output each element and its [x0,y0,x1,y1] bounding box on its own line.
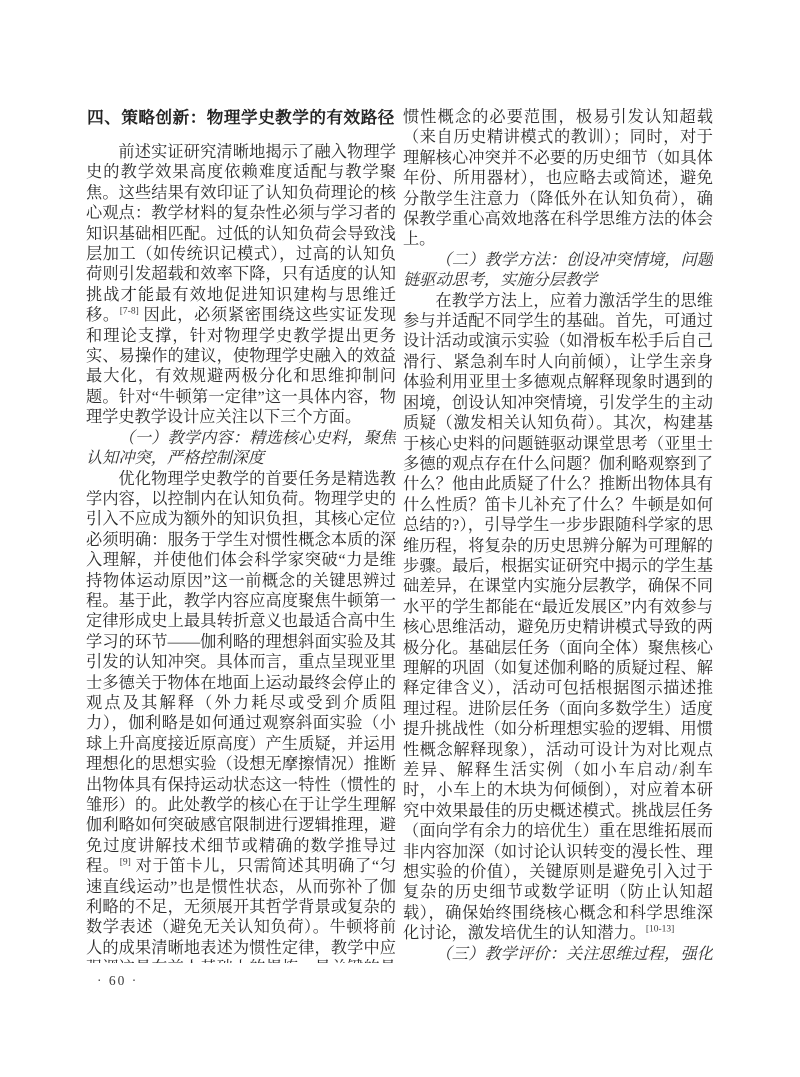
subsection-heading-1: （一）教学内容：精选核心史料，聚焦认知冲突，严格控制深度 [86,428,396,469]
citation-ref-9: [9] [120,858,131,868]
paragraph-text: 优化物理学史教学的首要任务是精选教学内容，以控制内在认知负荷。物理学史的引入不应… [86,470,396,876]
paragraph-text: 前述实证研究清晰地揭示了融入物理学史的教学效果高度依赖难度适配与教学聚焦。这些结… [86,143,396,324]
paragraph-continuation: 惯性概念的必要范围，极易引发认知超载（来自历史精讲模式的教训）；同时，对于理解核… [403,107,713,250]
paragraph-teaching-method: 在教学方法上，应着力激活学生的思维参与并适配不同学生的基础。首先，可通过设计活动… [403,291,713,944]
paragraph-text: 对于笛卡儿，只需简述其明确了“匀速直线运动”也是惯性状态，从而弥补了伽利略的不足… [86,857,396,963]
page-number: · 60 · [97,973,138,989]
section-title: 四、策略创新：物理学史教学的有效路径 [86,107,396,129]
subsection-heading-3: （三）教学评价：关注思维过程，强化应用解释，设计可控实践 [403,944,713,963]
paragraph-text: 因此，必须紧密围绕这些实证发现和理论支撑，针对物理学史教学提出更务实、易操作的建… [86,306,396,426]
citation-ref-7-8: [7-8] [120,307,139,317]
subsection-heading-2: （二）教学方法：创设冲突情境，问题链驱动思考，实施分层教学 [403,250,713,291]
paragraph-text: 在教学方法上，应着力激活学生的思维参与并适配不同学生的基础。首先，可通过设计活动… [403,292,713,943]
paragraph-intro: 前述实证研究清晰地揭示了融入物理学史的教学效果高度依赖难度适配与教学聚焦。这些结… [86,142,396,428]
left-column: 四、策略创新：物理学史教学的有效路径 前述实证研究清晰地揭示了融入物理学史的教学… [86,107,396,963]
paper-page: 四、策略创新：物理学史教学的有效路径 前述实证研究清晰地揭示了融入物理学史的教学… [0,0,800,1077]
paragraph-content-selection: 优化物理学史教学的首要任务是精选教学内容，以控制内在认知负荷。物理学史的引入不应… [86,469,396,964]
citation-ref-10-13: [10-13] [646,925,675,935]
right-column: 惯性概念的必要范围，极易引发认知超载（来自历史精讲模式的教训）；同时，对于理解核… [403,107,713,963]
